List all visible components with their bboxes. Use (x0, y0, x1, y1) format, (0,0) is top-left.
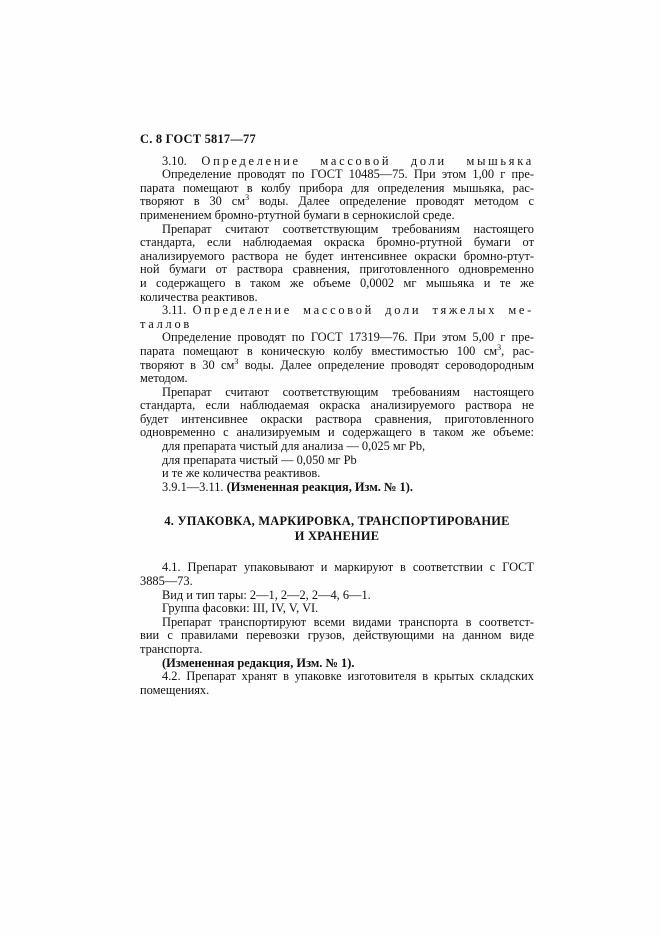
packing-group-line: Группа фасовки: III, IV, V, VI. (140, 602, 534, 616)
paragraph-line: применением бромно-ртутной бумаги в серн… (140, 209, 534, 223)
heading-3-10: 3.10. Определение массовой доли мышьяка (140, 155, 534, 169)
heading-3-11-line: 3.11. Определение массовой доли тяжелых … (140, 304, 534, 318)
section-4-heading-line: 4. УПАКОВКА, МАРКИРОВКА, ТРАНСПОРТИРОВАН… (140, 514, 534, 529)
tare-type-line: Вид и тип тары: 2—1, 2—2, 2—4, 6—1. (140, 589, 534, 603)
amendment-note: (Измененная редакция, Изм. № 1). (140, 657, 534, 671)
text-run: творяют в 30 см (140, 194, 245, 208)
text-run: парата помещают в коническую колбу вмест… (140, 344, 497, 358)
paragraph-line: одновременно с анализируемым и содержаще… (140, 426, 534, 440)
paragraph-line: Препарат считают соответствующим требова… (140, 386, 534, 400)
paragraph-line: стандарта, если наблюдаемая окраска анал… (140, 399, 534, 413)
paragraph-line: анализируемого раствора не будет интенси… (140, 250, 534, 264)
paragraph-line: Определение проводят по ГОСТ 10485—75. П… (140, 168, 534, 182)
paragraph-line: 4.1. Препарат упаковывают и маркируют в … (140, 561, 534, 575)
paragraph-line: и содержащего в таком же объеме 0,0002 м… (140, 277, 534, 291)
paragraph-4-1: 4.1. Препарат упаковывают и маркируют в … (140, 561, 534, 588)
paragraph-line: 4.2. Препарат хранят в упаковке изготови… (140, 670, 534, 684)
amendment-range: 3.9.1—3.11. (162, 480, 227, 494)
paragraph-line: будет интенсивнее окраски раствора сравн… (140, 413, 534, 427)
section-4-heading: 4. УПАКОВКА, МАРКИРОВКА, ТРАНСПОРТИРОВАН… (140, 514, 534, 544)
amendment-note: 3.9.1—3.11. (Измененная реакция, Изм. № … (140, 481, 534, 495)
heading-3-10-title: Определение массовой доли мышьяка (201, 154, 534, 168)
text-run: воды. Далее определение проводят серовод… (238, 358, 534, 372)
section-4-heading-line: И ХРАНЕНИЕ (140, 529, 534, 544)
paragraph-line: методом. (140, 372, 534, 386)
paragraph-line: творяют в 30 см3 воды. Далее определение… (140, 195, 534, 209)
paragraph-line: парата помещают в коническую колбу вмест… (140, 345, 534, 359)
list-item: для препарата чистый для анализа — 0,025… (140, 440, 534, 454)
paragraph-line: транспорта. (140, 643, 534, 657)
paragraph-4-2: 4.2. Препарат хранят в упаковке изготови… (140, 670, 534, 697)
list-item: и те же количества реактивов. (140, 467, 534, 481)
heading-3-10-number: 3.10. (162, 154, 187, 168)
heading-3-11: 3.11. Определение массовой доли тяжелых … (140, 304, 534, 331)
limits-list: для препарата чистый для анализа — 0,025… (140, 440, 534, 481)
paragraph-transport: Препарат транспортируют всеми видами тра… (140, 616, 534, 657)
paragraph-arsenic-method: Определение проводят по ГОСТ 10485—75. П… (140, 168, 534, 222)
amendment-text: (Измененная реакция, Изм. № 1). (227, 480, 413, 494)
paragraph-line: Препарат считают соответствующим требова… (140, 223, 534, 237)
heading-3-11-title: Определение массовой доли тяжелых ме- (193, 303, 534, 317)
page-header: С. 8 ГОСТ 5817—77 (140, 133, 534, 147)
paragraph-heavy-metals-method: Определение проводят по ГОСТ 17319—76. П… (140, 331, 534, 385)
paragraph-line: количества реактивов. (140, 291, 534, 305)
paragraph-line: помещениях. (140, 684, 534, 698)
paragraph-line: Препарат транспортируют всеми видами тра… (140, 616, 534, 630)
paragraph-line: ной бумаги от раствора сравнения, пригот… (140, 263, 534, 277)
text-run: творяют в 30 см (140, 358, 234, 372)
paragraph-line: Определение проводят по ГОСТ 17319—76. П… (140, 331, 534, 345)
text-run: , рас- (501, 344, 534, 358)
heading-3-11-line: таллов (140, 318, 534, 332)
text-run: воды. Далее определение проводят методом… (249, 194, 534, 208)
paragraph-heavy-metals-criterion: Препарат считают соответствующим требова… (140, 386, 534, 440)
heading-3-11-number: 3.11. (162, 303, 186, 317)
document-page: С. 8 ГОСТ 5817—77 3.10. Определение масс… (0, 0, 661, 936)
paragraph-arsenic-criterion: Препарат считают соответствующим требова… (140, 223, 534, 305)
paragraph-line: творяют в 30 см3 воды. Далее определение… (140, 359, 534, 373)
paragraph-line: вии с правилами перевозки грузов, действ… (140, 629, 534, 643)
paragraph-line: 3885—73. (140, 575, 534, 589)
list-item: для препарата чистый — 0,050 мг Pb (140, 454, 534, 468)
paragraph-line: стандарта, если наблюдаемая окраска бром… (140, 236, 534, 250)
